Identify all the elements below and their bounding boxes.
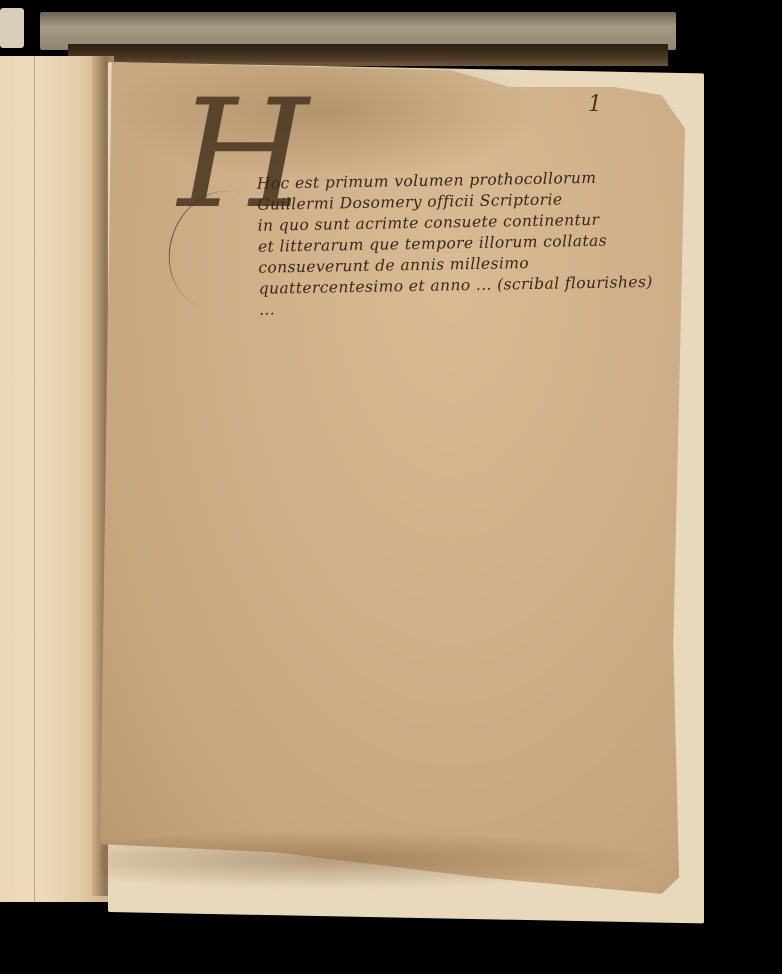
manuscript-text: Hoc est primum volumen prothocollorum Gu… [257, 166, 690, 320]
page-tab [0, 8, 24, 48]
folio-number: 1 [588, 92, 602, 117]
page-fold [34, 56, 35, 902]
water-stain [100, 830, 660, 890]
foxing-stain [110, 62, 540, 182]
